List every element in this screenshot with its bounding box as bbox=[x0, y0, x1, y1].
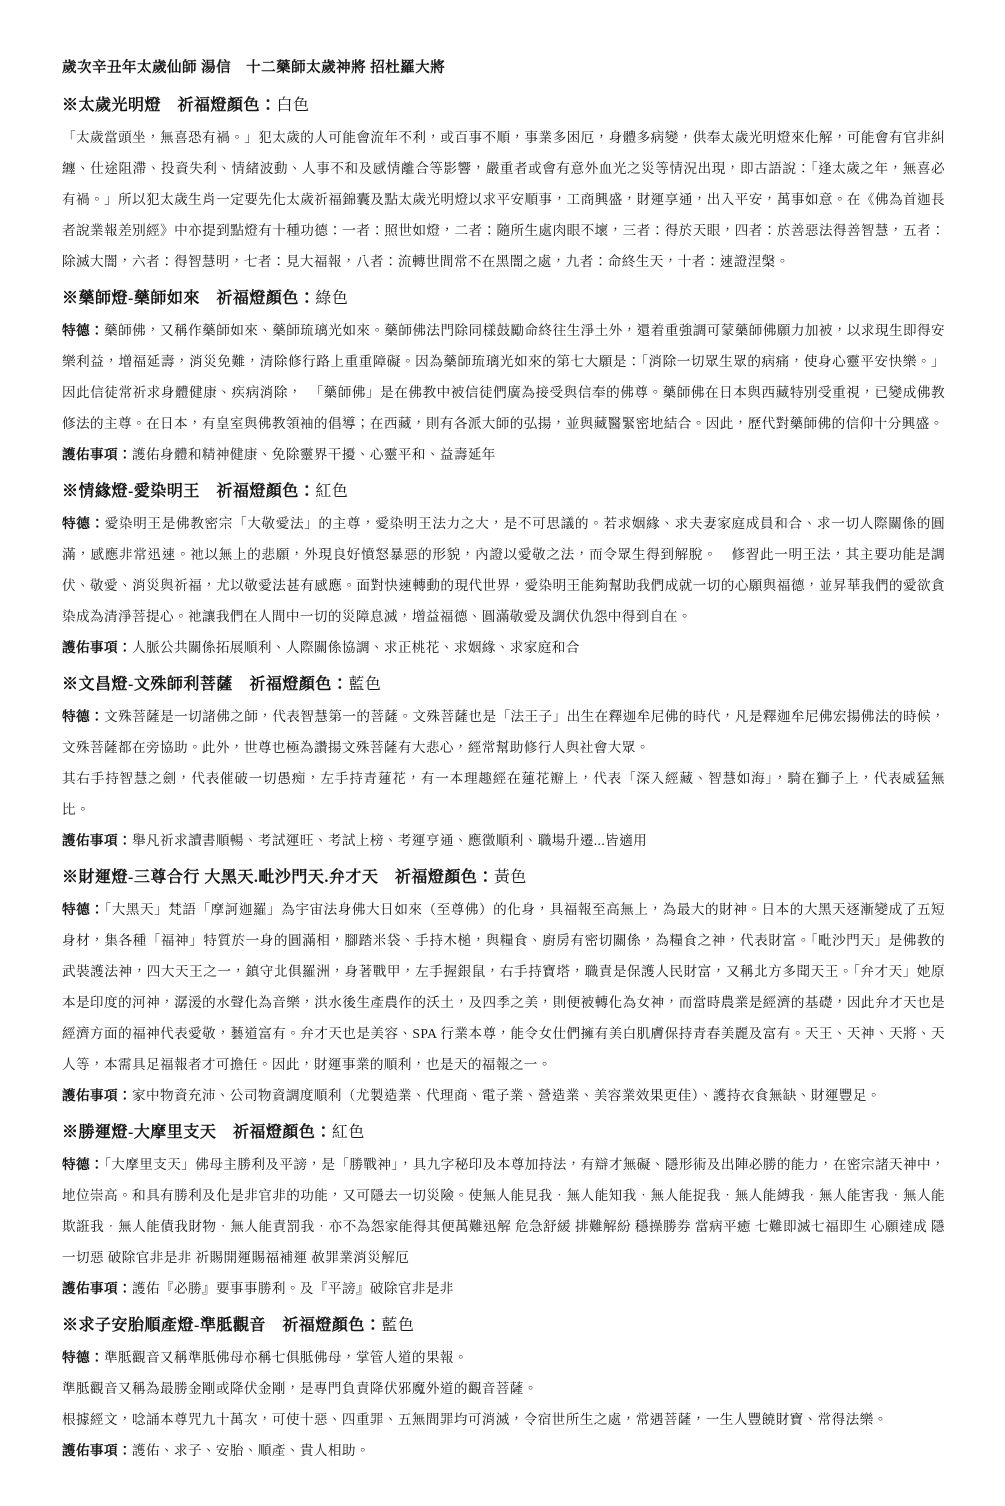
paragraph-text: 藥師佛，又稱作藥師如來、藥師琉璃光如來。藥師佛法門除同樣鼓勵命終往生淨土外，還着… bbox=[62, 323, 945, 431]
blessing-text: 家中物資充沛、公司物資調度順利（尤製造業、代理商、電子業、營造業、美容業效果更佳… bbox=[132, 1088, 881, 1103]
section-heading: ※藥師燈-藥師如來 祈福燈顏色：綠色 bbox=[62, 282, 945, 315]
heading-text: ※文昌燈-文殊師利菩薩 祈福燈顏色： bbox=[62, 676, 348, 693]
heading-text: ※求子安胎順產燈-準胝觀音 祈福燈顏色： bbox=[62, 1317, 381, 1334]
section-heading: ※太歲光明燈 祈福燈顏色：白色 bbox=[62, 89, 945, 122]
blessing-text: 護佑身體和精神健康、免除靈界干擾、心靈平和、益壽延年 bbox=[132, 447, 496, 462]
trait-label: 特德： bbox=[62, 709, 104, 724]
paragraph-text: 「大摩里支天」佛母主勝利及平謗，是「勝戰神」，具九字秘印及本尊加持法，有辯才無礙… bbox=[62, 1157, 945, 1265]
heading-text: ※勝運燈-大摩里支天 祈福燈顏色： bbox=[62, 1124, 332, 1141]
section-medicine-buddha-lamp: ※藥師燈-藥師如來 祈福燈顏色：綠色 特德：藥師佛，又稱作藥師如來、藥師琉璃光如… bbox=[62, 282, 945, 470]
trait-paragraph: 特德：文殊菩薩是一切諸佛之師，代表智慧第一的菩薩。文殊菩薩也是「法王子」出生在釋… bbox=[62, 701, 945, 763]
section-heading: ※財運燈-三尊合行 大黑天.毗沙門天.弁才天 祈福燈顏色：黃色 bbox=[62, 861, 945, 894]
section-wenchang-lamp: ※文昌燈-文殊師利菩薩 祈福燈顏色：藍色 特德：文殊菩薩是一切諸佛之師，代表智慧… bbox=[62, 668, 945, 856]
blessing-label: 護佑事項： bbox=[62, 640, 132, 655]
document-title: 歲次辛丑年太歲仙師 湯信 十二藥師太歲神將 招杜羅大將 bbox=[62, 52, 945, 84]
paragraph-text: 「大黑天」梵語「摩訶迦羅」為宇宙法身佛大日如來（至尊佛）的化身，具福報至高無上，… bbox=[62, 902, 945, 1072]
heading-text: ※藥師燈-藥師如來 祈福燈顏色： bbox=[62, 290, 315, 307]
paragraph-text: 其右手持智慧之劍，代表催破一切愚痴，左手持青蓮花，有一本理趣經在蓮花瓣上，代表「… bbox=[62, 771, 945, 817]
trait-paragraph: 特德：「大黑天」梵語「摩訶迦羅」為宇宙法身佛大日如來（至尊佛）的化身，具福報至高… bbox=[62, 894, 945, 1080]
blessing-paragraph: 護佑事項：舉凡祈求讀書順暢、考試運旺、考試上榜、考運亨通、應徵順利、職場升遷..… bbox=[62, 825, 945, 856]
section-victory-lamp: ※勝運燈-大摩里支天 祈福燈顏色：紅色 特德：「大摩里支天」佛母主勝利及平謗，是… bbox=[62, 1116, 945, 1304]
blessing-text: 護佑『必勝』要事事勝利。及『平謗』破除官非是非 bbox=[132, 1281, 454, 1296]
lamp-color-value: 紅色 bbox=[332, 1124, 365, 1141]
document-page: { "title": "歲次辛丑年太歲仙師 湯信 十二藥師太歲神將 招杜羅大將"… bbox=[0, 0, 1005, 1506]
lamp-color-value: 綠色 bbox=[315, 290, 348, 307]
trait-label: 特德： bbox=[62, 1157, 104, 1172]
paragraph: 其右手持智慧之劍，代表催破一切愚痴，左手持青蓮花，有一本理趣經在蓮花瓣上，代表「… bbox=[62, 763, 945, 825]
trait-label: 特德： bbox=[62, 323, 104, 338]
trait-label: 特德： bbox=[62, 1350, 104, 1365]
lamp-color-value: 藍色 bbox=[381, 1317, 414, 1334]
paragraph-text: 根據經文，唸誦本尊咒九十萬次，可使十惡、四重罪、五無間罪均可消滅，令宿世所生之處… bbox=[62, 1412, 888, 1427]
paragraph: 根據經文，唸誦本尊咒九十萬次，可使十惡、四重罪、五無間罪均可消滅，令宿世所生之處… bbox=[62, 1404, 945, 1435]
document-body: 歲次辛丑年太歲仙師 湯信 十二藥師太歲神將 招杜羅大將 ※太歲光明燈 祈福燈顏色… bbox=[62, 52, 945, 1466]
heading-text: ※太歲光明燈 祈福燈顏色： bbox=[62, 97, 277, 114]
heading-text: ※情緣燈-愛染明王 祈福燈顏色： bbox=[62, 483, 315, 500]
trait-label: 特德： bbox=[62, 516, 105, 531]
trait-paragraph: 特德：準胝觀音又稱準胝佛母亦稱七俱胝佛母，掌管人道的果報。 bbox=[62, 1342, 945, 1373]
paragraph-text: 準胝觀音又稱準胝佛母亦稱七俱胝佛母，掌管人道的果報。 bbox=[104, 1350, 468, 1365]
trait-paragraph: 特德：藥師佛，又稱作藥師如來、藥師琉璃光如來。藥師佛法門除同樣鼓勵命終往生淨土外… bbox=[62, 315, 945, 439]
section-heading: ※勝運燈-大摩里支天 祈福燈顏色：紅色 bbox=[62, 1116, 945, 1149]
blessing-label: 護佑事項： bbox=[62, 1443, 132, 1458]
trait-paragraph: 特德：愛染明王是佛教密宗「大敬愛法」的主尊，愛染明王法力之大，是不可思議的。若求… bbox=[62, 508, 945, 632]
section-taisui-lamp: ※太歲光明燈 祈福燈顏色：白色 「太歲當頭坐，無喜恐有禍。」犯太歲的人可能會流年… bbox=[62, 89, 945, 277]
paragraph: 準胝觀音又稱為最勝金剛或降伏金剛，是專門負責降伏邪魔外道的觀音菩薩。 bbox=[62, 1373, 945, 1404]
blessing-text: 舉凡祈求讀書順暢、考試運旺、考試上榜、考運亨通、應徵順利、職場升遷...皆適用 bbox=[132, 833, 647, 848]
blessing-paragraph: 護佑事項：護佑『必勝』要事事勝利。及『平謗』破除官非是非 bbox=[62, 1273, 945, 1304]
trait-label: 特德： bbox=[62, 902, 104, 917]
lamp-color-value: 白色 bbox=[277, 97, 310, 114]
paragraph-text: 愛染明王是佛教密宗「大敬愛法」的主尊，愛染明王法力之大，是不可思議的。若求姻緣、… bbox=[62, 516, 945, 624]
blessing-label: 護佑事項： bbox=[62, 833, 132, 848]
blessing-paragraph: 護佑事項：人脈公共關係拓展順利、人際關係協調、求正桃花、求姻緣、求家庭和合 bbox=[62, 632, 945, 663]
paragraph-text: 文殊菩薩是一切諸佛之師，代表智慧第一的菩薩。文殊菩薩也是「法王子」出生在釋迦牟尼… bbox=[62, 709, 945, 755]
trait-paragraph: 特德：「大摩里支天」佛母主勝利及平謗，是「勝戰神」，具九字秘印及本尊加持法，有辯… bbox=[62, 1149, 945, 1273]
section-wealth-lamp: ※財運燈-三尊合行 大黑天.毗沙門天.弁才天 祈福燈顏色：黃色 特德：「大黑天」… bbox=[62, 861, 945, 1111]
blessing-paragraph: 護佑事項：護佑身體和精神健康、免除靈界干擾、心靈平和、益壽延年 bbox=[62, 439, 945, 470]
blessing-paragraph: 護佑事項：護佑、求子、安胎、順產、貴人相助。 bbox=[62, 1435, 945, 1466]
section-heading: ※情緣燈-愛染明王 祈福燈顏色：紅色 bbox=[62, 475, 945, 508]
paragraph: 「太歲當頭坐，無喜恐有禍。」犯太歲的人可能會流年不利，或百事不順，事業多困厄，身… bbox=[62, 122, 945, 277]
blessing-label: 護佑事項： bbox=[62, 447, 132, 462]
section-childbirth-lamp: ※求子安胎順產燈-準胝觀音 祈福燈顏色：藍色 特德：準胝觀音又稱準胝佛母亦稱七俱… bbox=[62, 1309, 945, 1466]
paragraph-text: 準胝觀音又稱為最勝金剛或降伏金剛，是專門負責降伏邪魔外道的觀音菩薩。 bbox=[62, 1381, 538, 1396]
blessing-label: 護佑事項： bbox=[62, 1281, 132, 1296]
lamp-color-value: 黃色 bbox=[494, 869, 527, 886]
blessing-text: 護佑、求子、安胎、順產、貴人相助。 bbox=[132, 1443, 370, 1458]
lamp-color-value: 藍色 bbox=[348, 676, 381, 693]
lamp-color-value: 紅色 bbox=[315, 483, 348, 500]
blessing-text: 人脈公共關係拓展順利、人際關係協調、求正桃花、求姻緣、求家庭和合 bbox=[132, 640, 580, 655]
blessing-paragraph: 護佑事項：家中物資充沛、公司物資調度順利（尤製造業、代理商、電子業、營造業、美容… bbox=[62, 1080, 945, 1111]
section-heading: ※求子安胎順產燈-準胝觀音 祈福燈顏色：藍色 bbox=[62, 1309, 945, 1342]
section-love-lamp: ※情緣燈-愛染明王 祈福燈顏色：紅色 特德：愛染明王是佛教密宗「大敬愛法」的主尊… bbox=[62, 475, 945, 663]
blessing-label: 護佑事項： bbox=[62, 1088, 132, 1103]
section-heading: ※文昌燈-文殊師利菩薩 祈福燈顏色：藍色 bbox=[62, 668, 945, 701]
heading-text: ※財運燈-三尊合行 大黑天.毗沙門天.弁才天 祈福燈顏色： bbox=[62, 869, 494, 886]
paragraph-text: 「太歲當頭坐，無喜恐有禍。」犯太歲的人可能會流年不利，或百事不順，事業多困厄，身… bbox=[62, 130, 945, 269]
